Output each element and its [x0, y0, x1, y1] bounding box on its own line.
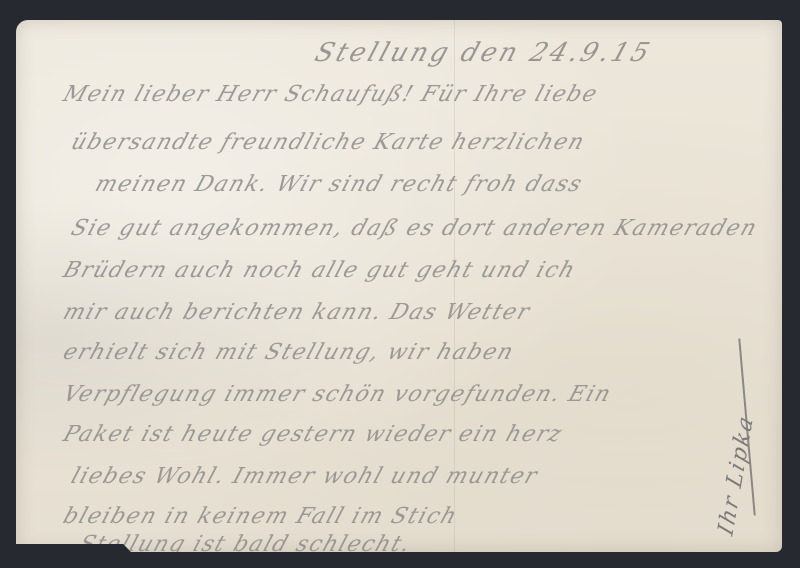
body-line-6: mir auch berichten kann. Das Wetter	[60, 300, 534, 325]
postcard: Stellung den 24.9.15 Mein lieber Herr Sc…	[16, 20, 782, 552]
body-line-4: Sie gut angekommen, daß es dort anderen …	[68, 216, 761, 241]
body-line-1: Mein lieber Herr Schaufuß! Für Ihre lieb…	[60, 82, 602, 107]
body-line-3: meinen Dank. Wir sind recht froh dass	[92, 172, 586, 197]
body-line-5: Brüdern auch noch alle gut geht und ich	[60, 258, 579, 283]
body-line-9: Paket ist heute gestern wieder ein herz	[60, 422, 566, 447]
signature: Ihr Lipka	[700, 330, 760, 550]
scan-background: Stellung den 24.9.15 Mein lieber Herr Sc…	[0, 0, 800, 568]
body-line-8: Verpflegung immer schön vorgefunden. Ein	[60, 382, 615, 407]
body-line-10: liebes Wohl. Immer wohl und munter	[68, 464, 541, 489]
body-line-12: Stellung ist bald schlecht.	[76, 532, 415, 557]
body-line-11: bleiben in keinem Fall im Stich	[60, 504, 461, 529]
body-line-2: übersandte freundliche Karte herzlichen	[68, 130, 589, 155]
body-line-7: erhielt sich mit Stellung, wir haben	[60, 340, 518, 365]
place-date-line: Stellung den 24.9.15	[311, 38, 656, 68]
